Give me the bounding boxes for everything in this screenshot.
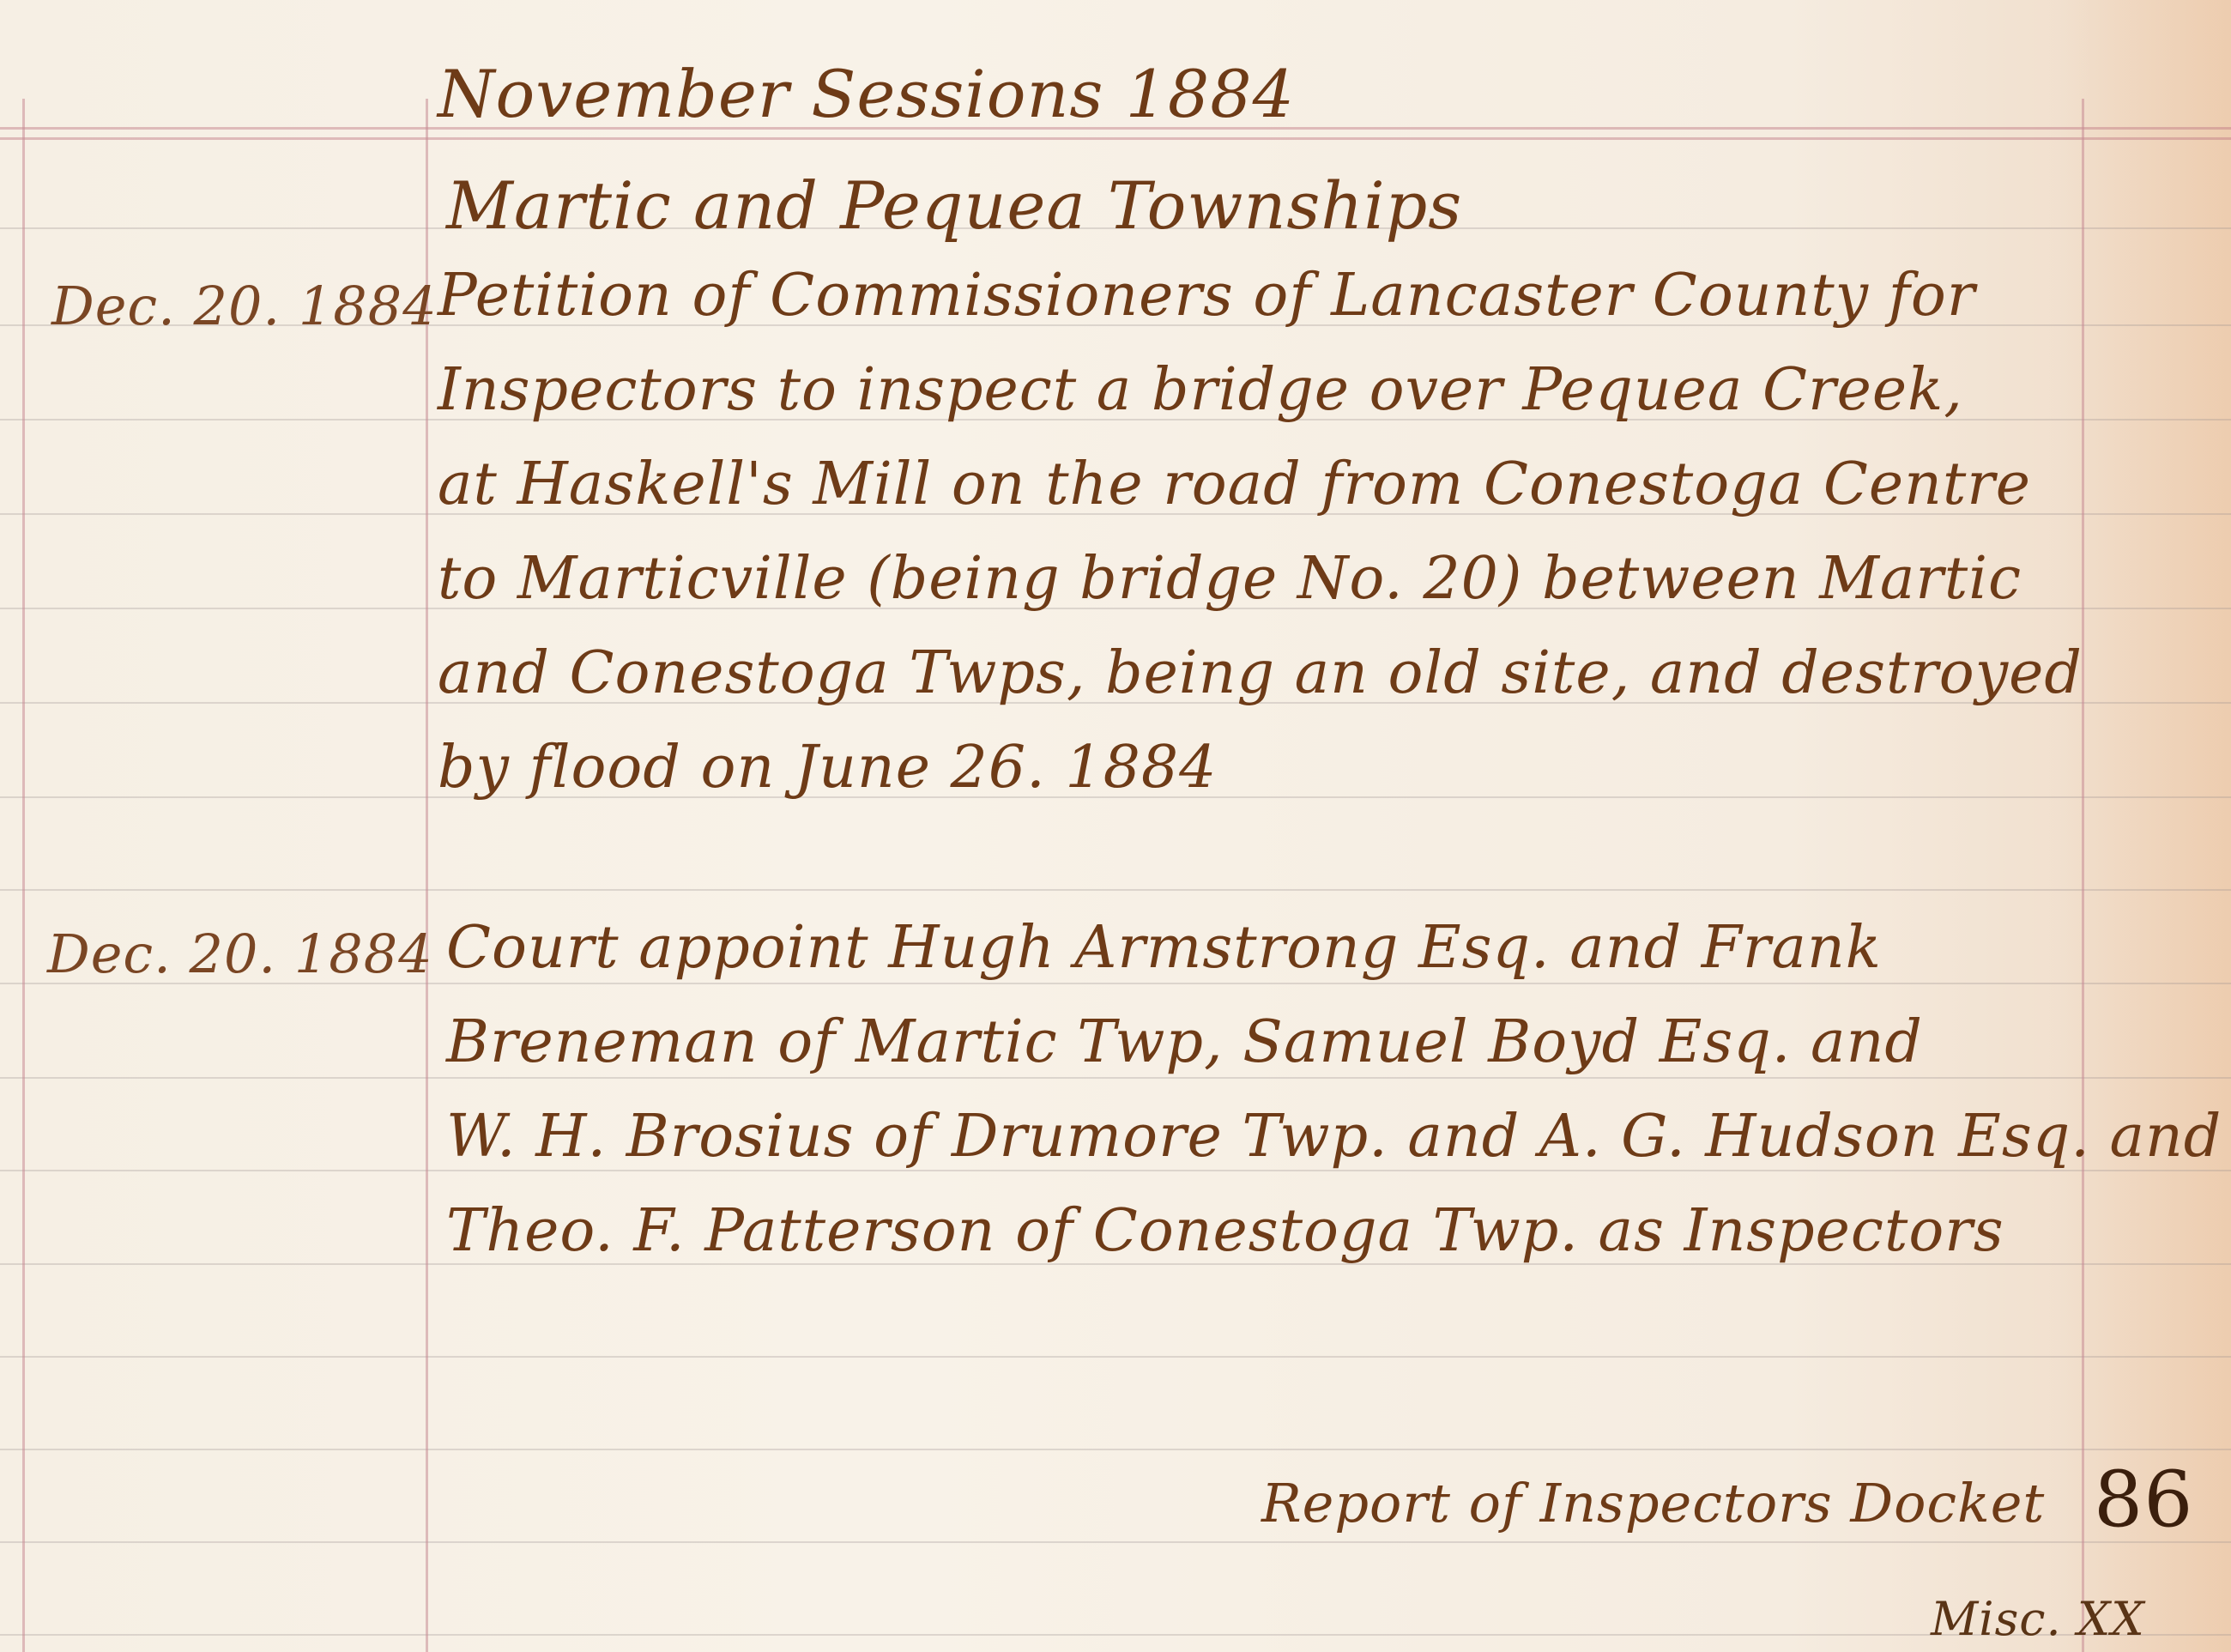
entry-line: at Haskell's Mill on the road from Cones… <box>438 451 2031 518</box>
entry-date: Dec. 20. 1884 <box>51 275 438 337</box>
ruled-line <box>0 1077 2231 1079</box>
right-column-rule <box>2082 99 2084 1652</box>
page-edge-shading <box>2059 0 2231 1652</box>
entry-line: Court appoint Hugh Armstrong Esq. and Fr… <box>446 914 1882 982</box>
ledger-page: November Sessions 1884 Martic and Pequea… <box>0 0 2231 1652</box>
ruled-line <box>0 1634 2231 1636</box>
header-rule-bottom <box>0 137 2231 140</box>
docket-page-number: 86 <box>2094 1455 2194 1545</box>
ruled-line <box>0 1541 2231 1543</box>
entry-line: Petition of Commissioners of Lancaster C… <box>438 262 1975 330</box>
entry-line: W. H. Brosius of Drumore Twp. and A. G. … <box>446 1103 2222 1171</box>
entry-line: Theo. F. Patterson of Conestoga Twp. as … <box>446 1197 2004 1265</box>
ruled-line <box>0 1356 2231 1358</box>
entry-line: Inspectors to inspect a bridge over Pequ… <box>438 356 1963 424</box>
entry-line: to Marticville (being bridge No. 20) bet… <box>438 545 2022 613</box>
entry-line: Breneman of Martic Twp, Samuel Boyd Esq.… <box>446 1008 1923 1076</box>
ruled-line <box>0 889 2231 891</box>
ruled-line <box>0 1449 2231 1450</box>
entry-line: by flood on June 26. 1884 <box>438 734 1217 802</box>
township-subheading: Martic and Pequea Townships <box>446 167 1462 244</box>
entry-line: and Conestoga Twps, being an old site, a… <box>438 639 2083 707</box>
docket-label: Report of Inspectors Docket <box>1261 1472 2045 1534</box>
session-heading: November Sessions 1884 <box>438 56 1295 132</box>
left-margin-rule <box>22 99 25 1652</box>
misc-note: Misc. XX <box>1931 1592 2145 1646</box>
entry-date: Dec. 20. 1884 <box>47 923 433 985</box>
